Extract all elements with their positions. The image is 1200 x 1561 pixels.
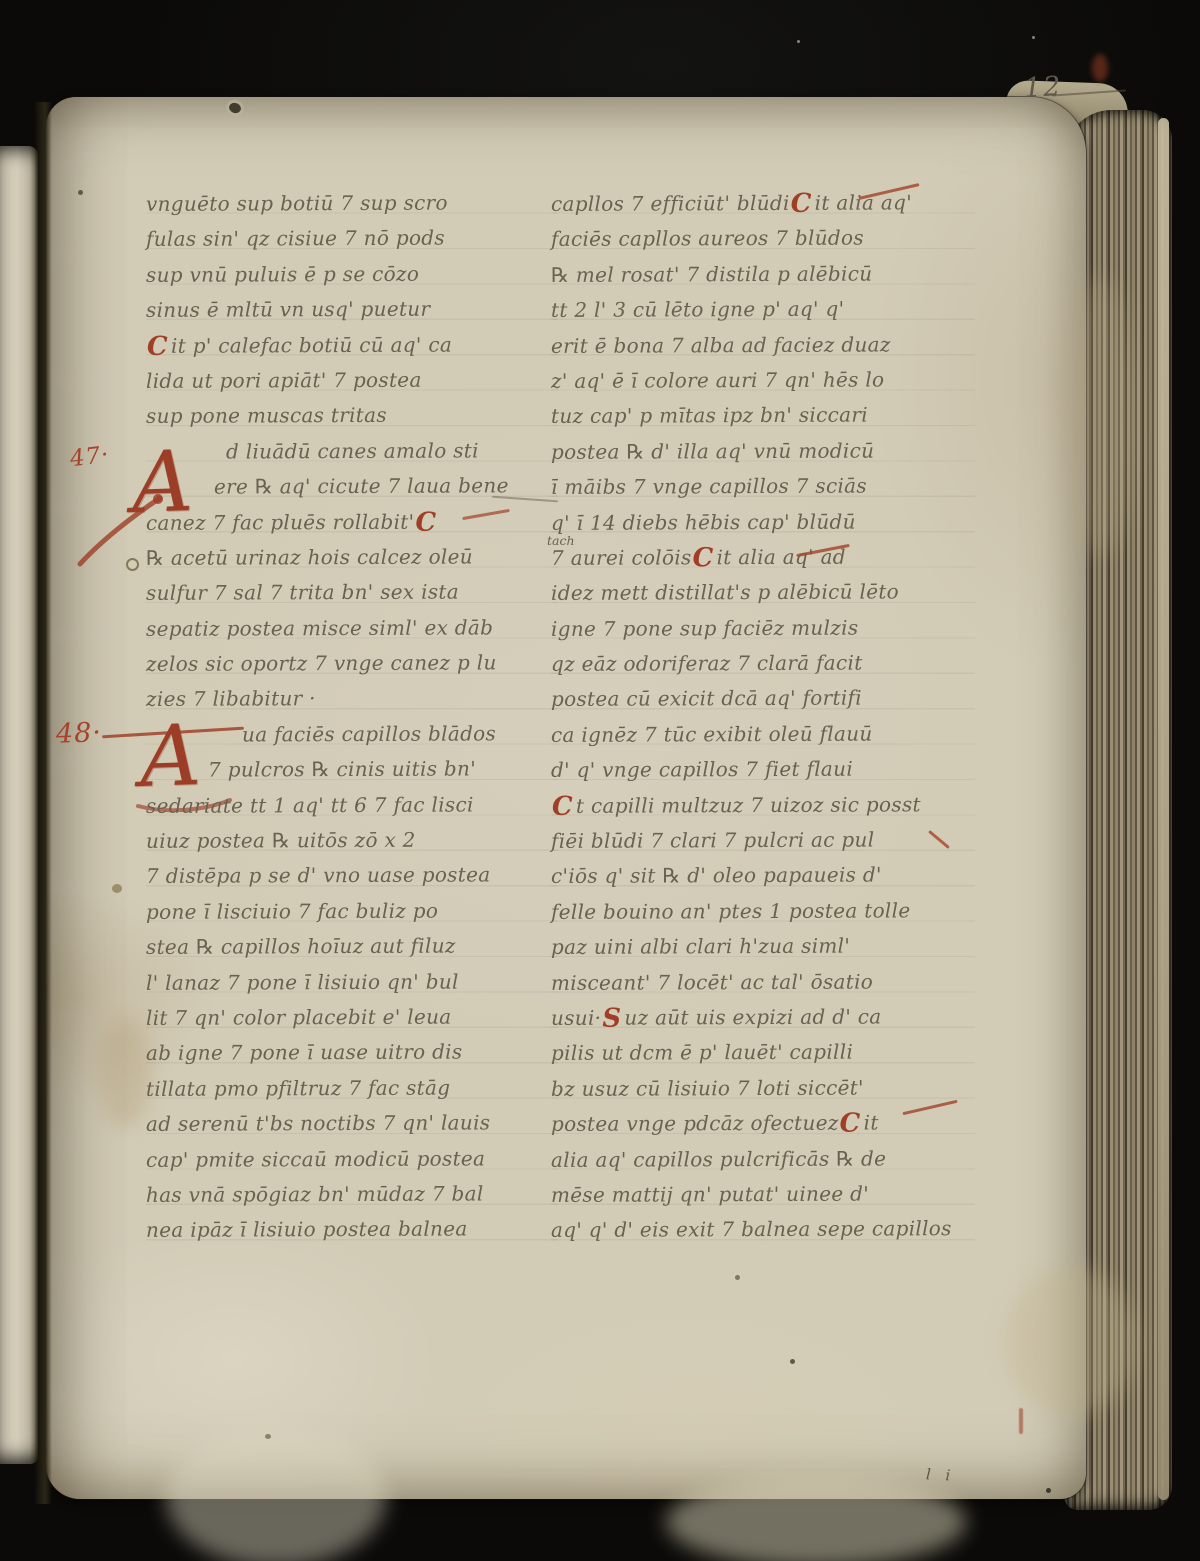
manuscript-text-line: z' aq' ē ī colore auri 7 qn' hēs lo	[551, 362, 975, 399]
manuscript-text-line: l' lanaz 7 pone ī lisiuio qn' bul	[146, 964, 558, 1001]
margin-chapter-number-48: 48·	[55, 717, 102, 750]
manuscript-text-line: felle bouino an' ptes 1 postea tolle	[551, 893, 975, 930]
manuscript-text-line: pilis ut dcm ē p' lauēt' capilli	[551, 1034, 975, 1071]
ink-text: sulfur 7 sal 7 trita bn' sex ista	[146, 580, 459, 605]
ink-text: fulas sin' qz cisiue 7 nō pods	[146, 226, 445, 251]
manuscript-text-line: ī māibs 7 vnge capillos 7 sciās	[551, 468, 975, 505]
manuscript-text-line: ℞ mel rosat' 7 distila p alēbicū	[551, 256, 975, 293]
ink-text: vnguēto sup botiū 7 sup scro	[146, 191, 448, 216]
ink-text: zies 7 libabitur ·	[146, 687, 316, 712]
manuscript-photo: 12 47· 48· A A vnguēto sup botiū 7 sup s…	[0, 0, 1200, 1561]
manuscript-text-line: sup pone muscas tritas	[146, 397, 558, 434]
ink-text: lit 7 qn' color placebit e' leua	[146, 1005, 452, 1030]
manuscript-text-line: sepatiz postea misce siml' ex dāb	[146, 610, 558, 647]
fore-edge-outer-leaf	[1158, 118, 1169, 1500]
ink-text: felle bouino an' ptes 1 postea tolle	[551, 898, 911, 924]
manuscript-text-line: stea ℞ capillos hoīuz aut filuz	[146, 928, 558, 965]
manuscript-text-line: uiuz postea ℞ uitōs zō x 2	[146, 822, 558, 859]
manuscript-text-line: ab igne 7 pone ī uase uitro dis	[146, 1034, 558, 1071]
rubric-paragraph-mark: C	[147, 331, 168, 361]
manuscript-text-line: faciēs capllos aureos 7 blūdos	[551, 220, 975, 257]
manuscript-text-line: d' q' vnge capillos 7 fiet flaui	[551, 751, 975, 788]
ink-text: sepatiz postea misce siml' ex dāb	[146, 615, 493, 641]
ink-speck	[265, 1434, 271, 1439]
ink-text: postea ℞ d' illa aq' vnū modicū	[551, 438, 874, 463]
ink-text: ℞ acetū urinaz hois calcez oleū	[146, 544, 473, 569]
ink-text: paz uini albi clari h'zua siml'	[551, 934, 850, 959]
manuscript-text-line: vnguēto sup botiū 7 sup scro	[146, 185, 558, 222]
manuscript-text-line: misceant' 7 locēt' ac tal' ōsatio	[551, 964, 975, 1001]
rubric-paragraph-mark: S	[602, 1004, 621, 1034]
ink-text: q' ī 14 diebs hēbis cap' blūdū	[551, 509, 856, 534]
text-column-right: capllos 7 efficiūt' blūdiCit alia aq'fac…	[551, 186, 975, 1252]
binding-gutter-shadow	[34, 102, 52, 1504]
ink-text: it p' calefac botiū cū aq' ca	[171, 332, 452, 357]
ink-text: idez mett distillat's p alēbicū lēto	[551, 580, 899, 606]
ink-text: mēse mattij qn' putat' uinee d'	[551, 1181, 869, 1206]
ink-text: alia aq' capillos pulcrificās ℞ de	[551, 1146, 886, 1171]
manuscript-text-line: aq' q' d' eis exit 7 balnea sepe capillo…	[551, 1211, 975, 1248]
ink-text: bz usuz cū lisiuio 7 loti siccēt'	[551, 1075, 864, 1100]
manuscript-text-line: canez 7 fac pluēs rollabit'C	[146, 504, 558, 541]
manuscript-text-line: lida ut pori apiāt' 7 postea	[146, 362, 558, 399]
ink-text: sinus ē mltū vn usq' puetur	[146, 297, 430, 322]
manuscript-text-line: ℞ acetū urinaz hois calcez oleū	[146, 539, 558, 576]
manuscript-text-line: idez mett distillat's p alēbicū lēto	[551, 574, 975, 611]
ink-text: it alia aq'	[815, 190, 912, 214]
manuscript-text-line: igne 7 pone sup faciēz mulzis	[551, 610, 975, 647]
ink-text: ca ignēz 7 tūc exibit oleū flauū	[551, 721, 873, 746]
ink-speck	[790, 1359, 795, 1364]
manuscript-text-line: sulfur 7 sal 7 trita bn' sex ista	[146, 574, 558, 611]
manuscript-text-line: has vnā spōgiaz bn' mūdaz 7 bal	[146, 1176, 558, 1213]
ink-text: tuz cap' p mītas ipz bn' siccari	[551, 403, 868, 428]
manuscript-text-line: lit 7 qn' color placebit e' leua	[146, 999, 558, 1036]
stain	[166, 1427, 386, 1561]
ink-text: t capilli multzuz 7 uizoz sic posst	[576, 792, 921, 818]
ink-text: z' aq' ē ī colore auri 7 qn' hēs lo	[551, 367, 884, 392]
ink-text: d' q' vnge capillos 7 fiet flaui	[551, 757, 853, 782]
ink-text: it	[864, 1111, 879, 1135]
manuscript-text-line: sedariate tt 1 aq' tt 6 7 fac lisci	[146, 787, 558, 824]
stain	[1066, 277, 1136, 557]
dust-speck	[797, 40, 800, 43]
stain	[98, 1017, 150, 1127]
ink-text: uiuz postea ℞ uitōs zō x 2	[146, 828, 416, 853]
manuscript-text-line: zies 7 libabitur ·	[146, 681, 558, 718]
manuscript-text-line: fulas sin' qz cisiue 7 nō pods	[146, 220, 558, 257]
manuscript-text-line: paz uini albi clari h'zua siml'	[551, 928, 975, 965]
ink-text: aq' q' d' eis exit 7 balnea sepe capillo…	[551, 1217, 952, 1243]
manuscript-text-line: mēse mattij qn' putat' uinee d'	[551, 1176, 975, 1213]
ink-text: sedariate tt 1 aq' tt 6 7 fac lisci	[146, 792, 474, 817]
manuscript-text-line: capllos 7 efficiūt' blūdiCit alia aq'	[551, 185, 975, 222]
ink-text: 7 distēpa p se d' vno uase postea	[146, 863, 491, 889]
rust-stain	[1092, 54, 1108, 82]
ink-text: sup pone muscas tritas	[146, 403, 387, 428]
ink-text: nea ipāz ī lisiuio postea balnea	[146, 1217, 468, 1242]
manuscript-text-line: c'iōs q' sit ℞ d' oleo papaueis d'	[551, 857, 975, 894]
manuscript-text-line: q' ī 14 diebs hēbis cap' blūdū	[551, 504, 975, 541]
ink-text: ab igne 7 pone ī uase uitro dis	[146, 1040, 463, 1065]
ink-text: erit ē bona 7 alba ad faciez duaz	[551, 332, 891, 357]
ink-text: qz eāz odoriferaz 7 clarā facit	[551, 651, 863, 676]
manuscript-text-line: Cit p' calefac botiū cū aq' ca	[146, 327, 558, 364]
ink-text: sup vnū puluis ē p se cōzo	[146, 261, 419, 286]
manuscript-text-line: cap' pmite siccaū modicū postea	[146, 1141, 558, 1178]
rubric-paragraph-mark: C	[840, 1109, 861, 1139]
facing-page-edge	[0, 146, 38, 1464]
rubric-paragraph-mark: C	[552, 791, 573, 821]
ink-text: ua faciēs capillos blādos	[242, 721, 496, 746]
ink-text: 7 pulcros ℞ cinis uitis bn'	[208, 757, 476, 782]
parchment-pore	[126, 558, 139, 571]
ink-text: lida ut pori apiāt' 7 postea	[146, 368, 422, 393]
manuscript-text-line: sinus ē mltū vn usq' puetur	[146, 291, 558, 328]
ink-speck	[1046, 1488, 1051, 1493]
ink-text: usui·	[551, 1006, 601, 1030]
ink-text: l' lanaz 7 pone ī lisiuio qn' bul	[146, 969, 459, 994]
ink-text: igne 7 pone sup faciēz mulzis	[551, 615, 858, 640]
ink-text: ad serenū t'bs noctibs 7 qn' lauis	[146, 1111, 490, 1137]
text-column-left: vnguēto sup botiū 7 sup scrofulas sin' q…	[146, 186, 558, 1252]
manuscript-text-line: 7 pulcros ℞ cinis uitis bn'	[146, 751, 558, 788]
ink-text: tt 2 l' 3 cū lēto igne p' aq' q'	[551, 297, 844, 322]
manuscript-text-line: tuz cap' p mītas ipz bn' siccari	[551, 397, 975, 434]
rubric-paragraph-mark: C	[693, 543, 714, 573]
manuscript-text-line: tillata pmo pfiltruz 7 fac stāg	[146, 1070, 558, 1107]
pen-trial-marks: l i	[926, 1465, 956, 1485]
parchment-fleck	[112, 884, 122, 893]
manuscript-text-line: bz usuz cū lisiuio 7 loti siccēt'	[551, 1070, 975, 1107]
ink-text: zelos sic oportz 7 vnge canez p lu	[146, 650, 497, 676]
margin-chapter-number-47: 47·	[69, 442, 111, 473]
manuscript-text-line: tt 2 l' 3 cū lēto igne p' aq' q'	[551, 291, 975, 328]
manuscript-text-line: ua faciēs capillos blādos	[146, 716, 558, 753]
ink-text: faciēs capllos aureos 7 blūdos	[551, 226, 864, 251]
manuscript-text-line: 7 aurei colōisCit alia aq' ad	[551, 539, 975, 576]
ink-text: stea ℞ capillos hoīuz aut filuz	[146, 934, 456, 959]
ink-text: has vnā spōgiaz bn' mūdaz 7 bal	[146, 1181, 484, 1206]
ink-text: ℞ mel rosat' 7 distila p alēbicū	[551, 261, 872, 286]
manuscript-text-line: 7 distēpa p se d' vno uase postea	[146, 858, 558, 895]
ink-text: fiēi blūdi 7 clari 7 pulcri ac pul	[551, 828, 874, 853]
rubric-paragraph-mark: C	[791, 189, 812, 219]
ink-text: ere ℞ aq' cicute 7 laua bene	[214, 473, 509, 498]
manuscript-text-line: qz eāz odoriferaz 7 clarā facit	[551, 645, 975, 682]
manuscript-text-line: ad serenū t'bs noctibs 7 qn' lauis	[146, 1105, 558, 1142]
ink-text: 7 aurei colōis	[551, 545, 692, 570]
stain	[666, 1477, 966, 1561]
manuscript-text-line: erit ē bona 7 alba ad faciez duaz	[551, 327, 975, 364]
ink-text: tillata pmo pfiltruz 7 fac stāg	[146, 1075, 450, 1100]
ink-speck	[78, 190, 83, 195]
manuscript-text-line: postea ℞ d' illa aq' vnū modicū	[551, 433, 975, 470]
manuscript-text-line: alia aq' capillos pulcrificās ℞ de	[551, 1141, 975, 1178]
ink-text: postea vnge pdcāz ofectuez	[551, 1111, 839, 1136]
manuscript-text-line: fiēi blūdi 7 clari 7 pulcri ac pul	[551, 822, 975, 859]
ink-speck	[735, 1275, 740, 1280]
ink-text: capllos 7 efficiūt' blūdi	[551, 191, 790, 216]
manuscript-text-line: sup vnū puluis ē p se cōzo	[146, 256, 558, 293]
manuscript-text-line: postea cū exicit dcā aq' fortifi	[551, 681, 975, 718]
manuscript-text-line: nea ipāz ī lisiuio postea balnea	[146, 1211, 558, 1248]
ink-text: cap' pmite siccaū modicū postea	[146, 1146, 485, 1171]
folio-number: 12	[1023, 71, 1063, 104]
ink-text: canez 7 fac pluēs rollabit'	[146, 509, 415, 534]
manuscript-text-line: ca ignēz 7 tūc exibit oleū flauū	[551, 716, 975, 753]
ink-text: pilis ut dcm ē p' lauēt' capilli	[551, 1040, 853, 1065]
ink-text: misceant' 7 locēt' ac tal' ōsatio	[551, 969, 873, 994]
manuscript-text-line: pone ī lisciuio 7 fac buliz po	[146, 893, 558, 930]
ink-text: ī māibs 7 vnge capillos 7 sciās	[551, 474, 867, 499]
ink-text: c'iōs q' sit ℞ d' oleo papaueis d'	[551, 863, 882, 888]
manuscript-text-line: ere ℞ aq' cicute 7 laua bene	[146, 468, 558, 505]
stain	[1006, 1267, 1136, 1417]
dust-speck	[1032, 36, 1035, 39]
rubric-paragraph-mark: C	[415, 507, 436, 537]
ink-text: postea cū exicit dcā aq' fortifi	[551, 686, 862, 711]
ink-text: pone ī lisciuio 7 fac buliz po	[146, 898, 438, 923]
ink-text: d liuādū canes amalo sti	[226, 438, 479, 463]
ink-text: uz aūt uis expizi ad d' ca	[624, 1004, 881, 1029]
interlinear-correction: tach	[547, 533, 575, 548]
red-ink-drip	[1019, 1408, 1023, 1434]
manuscript-text-line: usui·Suz aūt uis expizi ad d' ca	[551, 999, 975, 1036]
manuscript-text-line: zelos sic oportz 7 vnge canez p lu	[146, 645, 558, 682]
manuscript-text-line: Ct capilli multzuz 7 uizoz sic posst	[551, 787, 975, 824]
manuscript-text-line: d liuādū canes amalo sti	[146, 433, 558, 470]
